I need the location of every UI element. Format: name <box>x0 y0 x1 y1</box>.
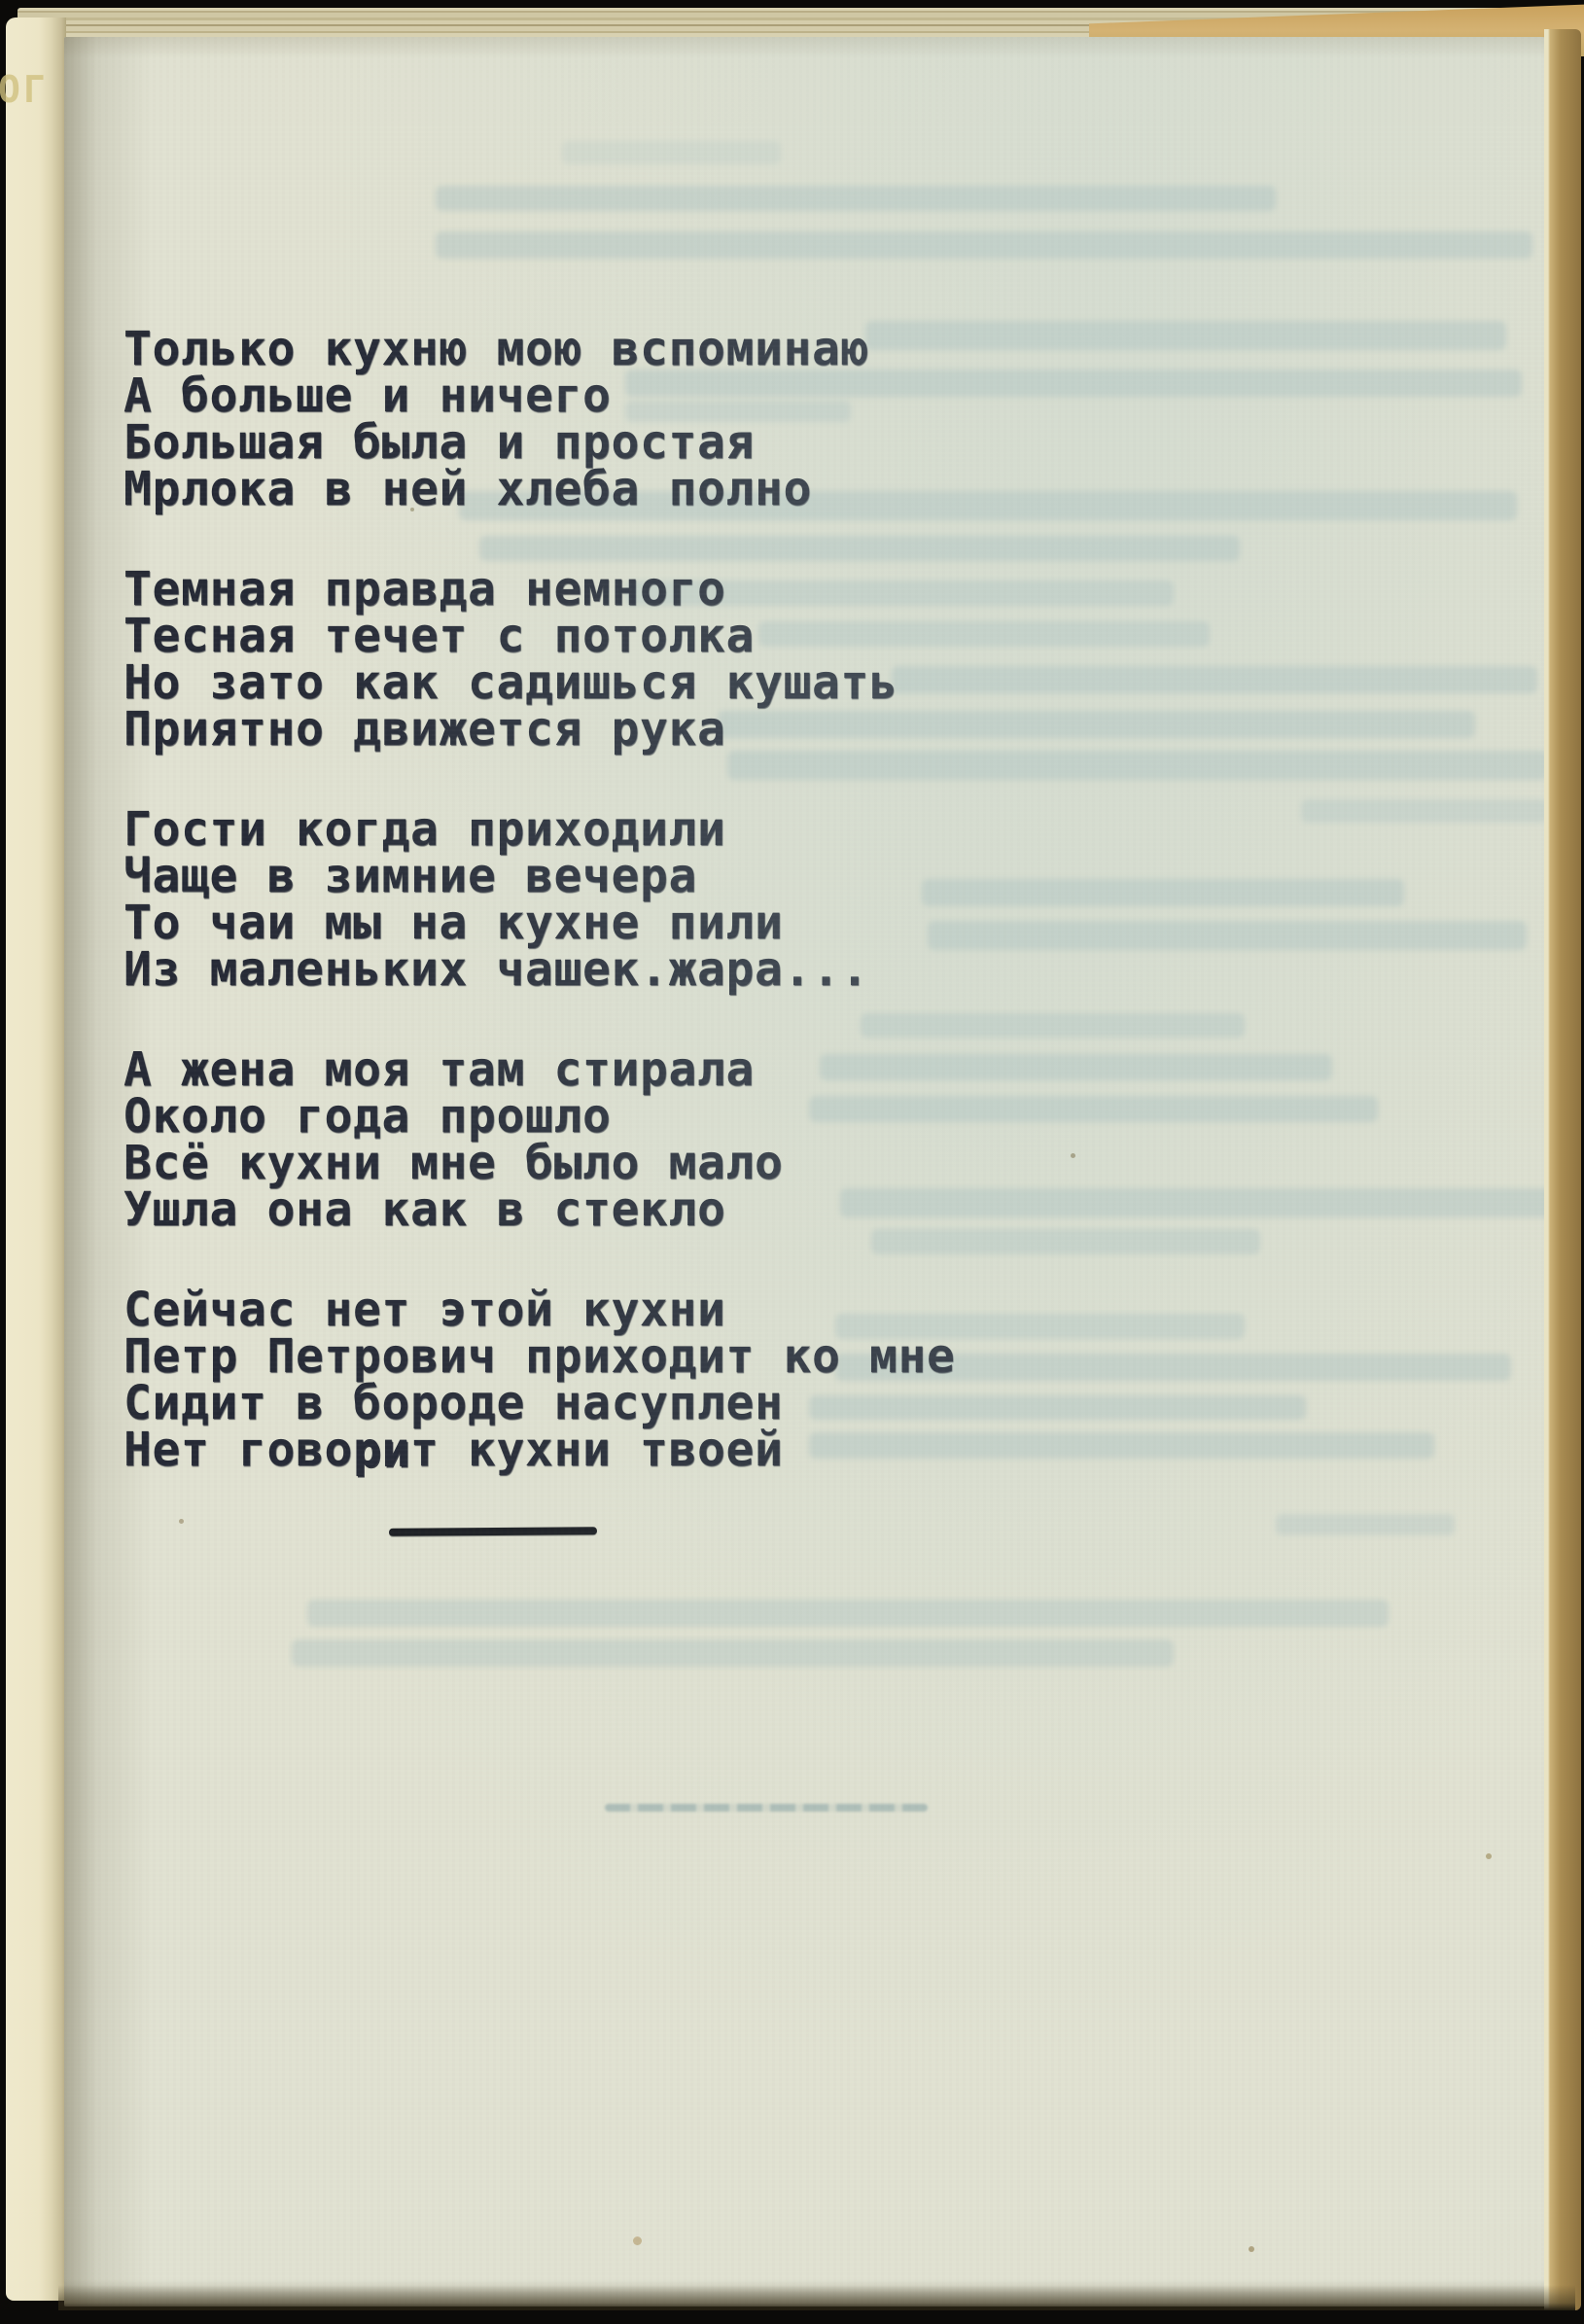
bleed-through-line <box>1301 799 1547 823</box>
end-divider-line <box>389 1527 597 1535</box>
book-scan: ОГ Только кухню мою вспоминаюА больше и … <box>0 0 1584 2324</box>
bottom-page-shadow <box>58 2285 1575 2310</box>
bleed-through-line <box>865 321 1506 350</box>
poem-line: Из маленьких чашек.жара... <box>123 946 955 993</box>
bleed-through-line <box>436 231 1532 259</box>
poem-line: Большая была и простая <box>123 419 955 466</box>
previous-page-edge: ОГ <box>6 18 66 2301</box>
poem-line: То чаи мы на кухне пили <box>123 899 955 946</box>
stanza: А жена моя там стиралаОколо года прошлоВ… <box>123 1046 955 1233</box>
stanza: Гости когда приходилиЧаще в зимние вечер… <box>123 806 955 993</box>
poem-line: Чаще в зимние вечера <box>123 853 955 899</box>
spine-ghost-text: ОГ <box>0 68 49 111</box>
stanza: Сейчас нет этой кухниПетр Петрович прихо… <box>123 1286 955 1473</box>
bleed-through-line <box>292 1639 1174 1667</box>
dust-speck <box>1071 1153 1075 1158</box>
poem-line: А больше и ничего <box>123 372 955 419</box>
typewritten-poem: Только кухню мою вспоминаюА больше и нич… <box>123 326 955 1527</box>
overstruck-letters: ри <box>353 1423 410 1477</box>
poem-line: Гости когда приходили <box>123 806 955 853</box>
poem-line: Петр Петрович приходит ко мне <box>123 1333 955 1380</box>
bleed-through-line <box>1276 1514 1455 1535</box>
book-fore-edge <box>1544 29 1581 2310</box>
bleed-through-line <box>922 879 1404 906</box>
bleed-through-line <box>562 141 781 164</box>
bleed-through-line <box>436 186 1276 211</box>
poem-line: Сидит в бороде насуплен <box>123 1380 955 1426</box>
poem-line: Ушла она как в стекло <box>123 1186 955 1233</box>
poem-line: А жена моя там стирала <box>123 1046 955 1093</box>
dust-speck <box>633 2236 642 2245</box>
bleed-through-line <box>892 666 1537 693</box>
bleed-through-line <box>307 1600 1389 1627</box>
bleed-through-rule <box>605 1804 928 1812</box>
poem-line: Приятно движется рука <box>123 706 955 753</box>
poem-line: Темная правда немного <box>123 566 955 613</box>
scanned-page: Только кухню мою вспоминаюА больше и нич… <box>64 37 1548 2306</box>
poem-line: Около года прошло <box>123 1093 955 1140</box>
stanza: Только кухню мою вспоминаюА больше и нич… <box>123 326 955 512</box>
bleed-through-line <box>928 921 1527 950</box>
dust-speck <box>1486 1853 1492 1859</box>
poem-line: Всё кухни мне было мало <box>123 1140 955 1186</box>
poem-line: Тесная течет с потолка <box>123 613 955 659</box>
poem-line: Мрлока в ней хлеба полно <box>123 466 955 512</box>
stanza: Темная правда немногоТесная течет с пото… <box>123 566 955 753</box>
poem-line: Сейчас нет этой кухни <box>123 1286 955 1333</box>
poem-line-overstruck: Нет говорит кухни твоей <box>123 1426 955 1473</box>
poem-line: Но зато как садишься кушать <box>123 659 955 706</box>
dust-speck <box>1249 2246 1254 2252</box>
poem-line: Только кухню мою вспоминаю <box>123 326 955 372</box>
